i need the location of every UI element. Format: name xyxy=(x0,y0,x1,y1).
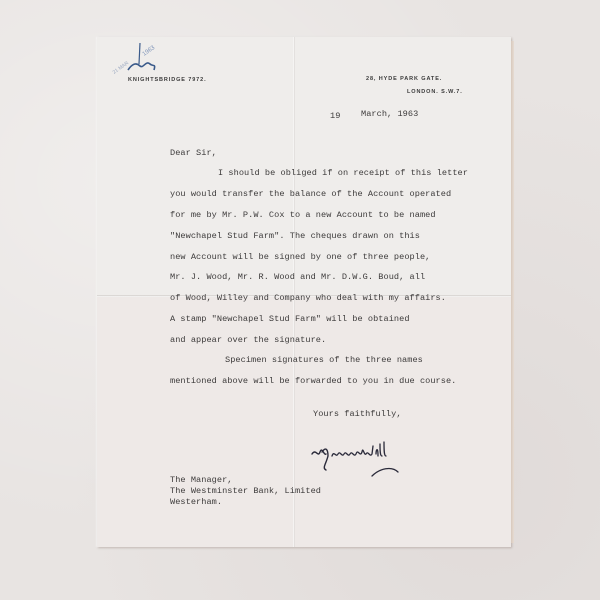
body-line: and appear over the signature. xyxy=(170,335,326,345)
svg-text:1963: 1963 xyxy=(142,45,157,58)
closing: Yours faithfully, xyxy=(313,409,402,419)
svg-text:21 MAR: 21 MAR xyxy=(112,60,131,75)
body-line: mentioned above will be forwarded to you… xyxy=(170,376,456,386)
salutation: Dear Sir, xyxy=(170,148,217,158)
recipient-line: The Westminster Bank, Limited xyxy=(170,486,321,496)
recipient-line: The Manager, xyxy=(170,475,233,485)
body-line: Specimen signatures of the three names xyxy=(225,355,423,365)
body-line: "Newchapel Stud Farm". The cheques drawn… xyxy=(170,231,420,241)
body-line: of Wood, Willey and Company who deal wit… xyxy=(170,293,446,303)
date-month-year: March, 1963 xyxy=(361,109,418,119)
recipient-line: Westerham. xyxy=(170,497,222,507)
date-day: 19 xyxy=(330,111,340,121)
body-line: for me by Mr. P.W. Cox to a new Account … xyxy=(170,210,436,220)
body-line: A stamp "Newchapel Stud Farm" will be ob… xyxy=(170,314,410,324)
body-line: new Account will be signed by one of thr… xyxy=(170,252,430,262)
letter-sheet xyxy=(97,37,511,547)
signature-icon xyxy=(310,440,420,490)
letterhead-phone: KNIGHTSBRIDGE 7972. xyxy=(128,77,207,83)
paper-edge xyxy=(511,41,514,543)
body-line: Mr. J. Wood, Mr. R. Wood and Mr. D.W.G. … xyxy=(170,272,425,282)
received-stamp-icon: 1963 21 MAR xyxy=(110,40,170,80)
body-line: you would transfer the balance of the Ac… xyxy=(170,189,451,199)
vertical-fold-line xyxy=(293,37,295,547)
body-line: I should be obliged if on receipt of thi… xyxy=(218,168,468,178)
letterhead-address-line1: 28, HYDE PARK GATE. xyxy=(366,76,442,82)
letterhead-address-line2: LONDON. S.W.7. xyxy=(407,89,463,95)
